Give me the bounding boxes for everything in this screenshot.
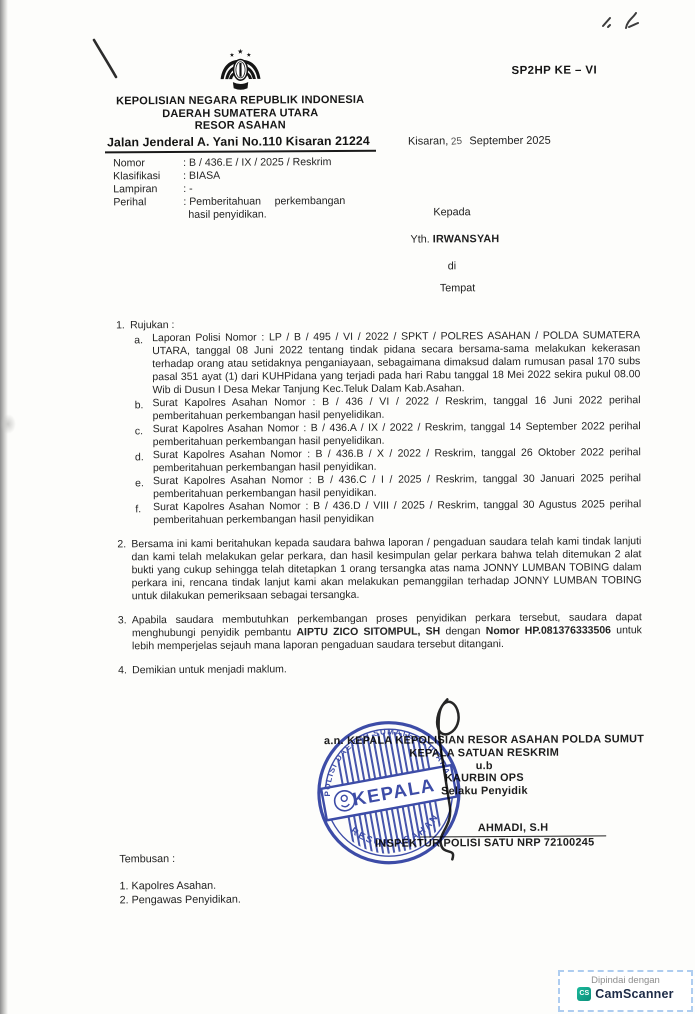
pen-mark-icon [92, 38, 120, 80]
tembusan-no: 1. [119, 880, 128, 892]
meta-value: : B / 436.E / IX / 2025 / Reskrim [183, 156, 331, 170]
scanned-letter-page: ★ ★ ★ KEPOLISI [0, 0, 695, 1014]
tembusan-text: Pengawas Penyidikan. [132, 893, 241, 906]
meta-value: : BIASA [183, 170, 220, 183]
perihal-line2: hasil penyidikan. [188, 208, 266, 220]
tembusan-item-1: 1. Kapolres Asahan. [119, 880, 240, 894]
item-number: 2. [117, 538, 126, 551]
recipient-tempat: Tempat [440, 282, 475, 294]
tembusan-label: Tembusan : [119, 853, 175, 865]
camscanner-name: CamScanner [595, 987, 673, 1001]
date-rest: September 2025 [469, 135, 550, 147]
item2-text: Bersama ini kami beritahukan kepada saud… [131, 535, 641, 602]
item3-text: Apabila saudara membutuhkan perkembangan… [132, 611, 642, 652]
meta-label: Nomor [113, 157, 183, 170]
date-day: 25 [451, 136, 463, 148]
meta-label: Klasifikasi [113, 170, 183, 183]
tembusan-item-2: 2. Pengawas Penyidikan. [120, 893, 241, 907]
place-date: Kisaran,25September 2025 [408, 135, 551, 148]
item-number: 3. [118, 614, 127, 627]
body-item-3: 3. Apabila saudara membutuhkan perkemban… [118, 611, 642, 653]
doc-code: SP2HP KE – VI [511, 64, 597, 77]
item-number: 1. [116, 319, 125, 332]
meta-row-perihal: Perihal : Pemberitahuanperkembangan hasi… [113, 195, 345, 222]
reference-item-b: b.Surat Kapolres Asahan Nomor : B / 436 … [137, 394, 640, 423]
meta-row-nomor: Nomor : B / 436.E / IX / 2025 / Reskrim [113, 156, 345, 170]
item1-title: Rujukan : [130, 319, 174, 331]
org-name-line1: KEPOLISIAN NEGARA REPUBLIK INDONESIA [68, 94, 413, 109]
reference-item-c: c.Surat Kapolres Asahan Nomor : B / 436.… [138, 420, 641, 449]
perihal-word2: perkembangan [275, 195, 346, 208]
ref-letter: f. [135, 497, 638, 529]
tembusan-text: Kapolres Asahan. [131, 880, 216, 893]
letter-body: 1. Rujukan : a.Laporan Polisi Nomor : LP… [116, 316, 642, 677]
svg-text:★: ★ [229, 52, 234, 59]
camscanner-icon: CS [577, 987, 591, 1001]
svg-text:★: ★ [246, 52, 251, 59]
ref-letter: a. [134, 328, 638, 399]
item4-text: Demikian untuk menjadi maklum. [132, 663, 287, 676]
letter-meta: Nomor : B / 436.E / IX / 2025 / Reskrim … [113, 156, 345, 222]
reference-item-e: e.Surat Kapolres Asahan Nomor : B / 436.… [138, 472, 641, 501]
item-number: 4. [118, 664, 127, 677]
body-item-4: 4. Demikian untuk menjadi maklum. [118, 661, 642, 677]
recipient-name-line: Yth. IRWANSYAH [410, 233, 499, 246]
camscanner-badge: Dipindai dengan CS CamScanner [558, 970, 693, 1012]
meta-value: : Pemberitahuanperkembangan hasil penyid… [183, 195, 345, 222]
perihal-word1: : Pemberitahuan [183, 195, 261, 208]
reference-item-d: d.Surat Kapolres Asahan Nomor : B / 436.… [138, 446, 641, 475]
perihal-line1: : Pemberitahuanperkembangan [183, 195, 345, 209]
handwritten-signature-icon [407, 689, 478, 861]
yth-prefix: Yth. [410, 233, 429, 245]
letter-content: ★ ★ ★ KEPOLISI [0, 0, 695, 1014]
meta-label: Lampiran [113, 183, 183, 196]
reference-list: a.Laporan Polisi Nomor : LP / B / 495 / … [116, 329, 641, 527]
tembusan-list: 1. Kapolres Asahan. 2. Pengawas Penyidik… [119, 880, 240, 908]
camscanner-brand-row: CS CamScanner [560, 987, 691, 1001]
recipient-name: IRWANSYAH [433, 233, 500, 245]
place: Kisaran, [408, 135, 448, 147]
scan-smudge [0, 414, 16, 434]
recipient-kepada: Kepada [433, 206, 470, 218]
meta-label: Perihal [113, 196, 183, 222]
svg-text:★: ★ [237, 49, 243, 56]
reference-item-a: a.Laporan Polisi Nomor : LP / B / 495 / … [137, 329, 640, 397]
pen-scribble-icon [596, 8, 648, 36]
tembusan-no: 2. [120, 894, 129, 906]
recipient-di: di [448, 260, 456, 272]
police-tribrata-emblem-icon: ★ ★ ★ [217, 46, 263, 94]
scan-edge [0, 0, 8, 1014]
meta-value: : - [183, 183, 193, 196]
body-item-2: 2. Bersama ini kami beritahukan kepada s… [117, 535, 641, 603]
camscanner-caption: Dipindai dengan [560, 975, 691, 986]
reference-item-f: f.Surat Kapolres Asahan Nomor : B / 436.… [138, 498, 641, 527]
org-address: Jalan Jenderal A. Yani No.110 Kisaran 21… [105, 134, 376, 154]
